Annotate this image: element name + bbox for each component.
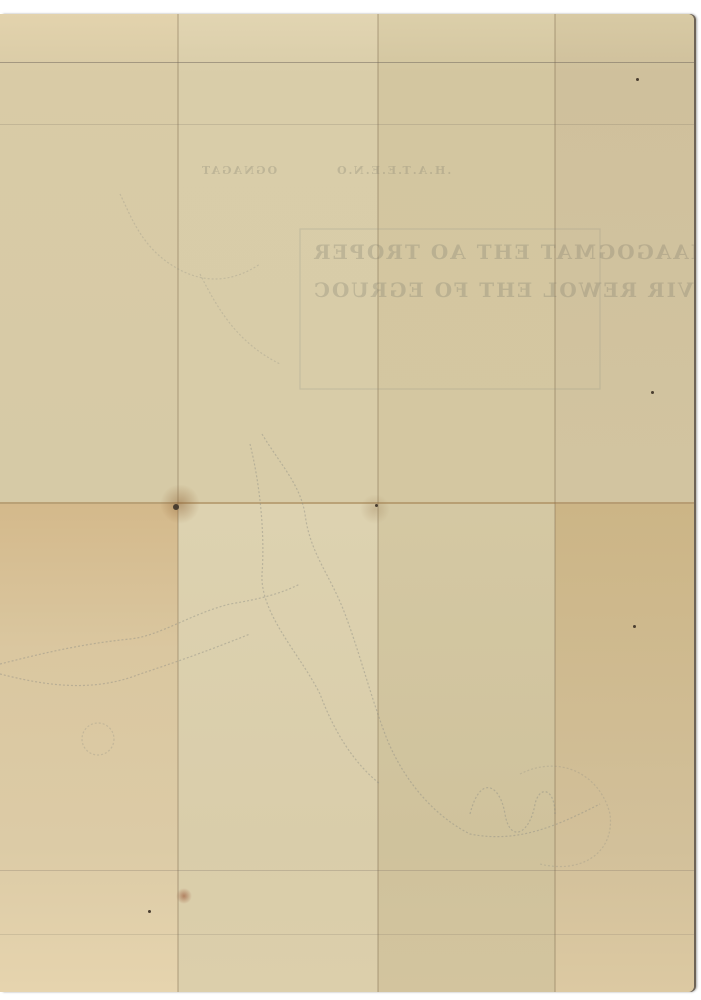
- map-linework: [0, 14, 694, 992]
- map-sheet: OIHAAGOGMAT EHT AO TROPER REVIR REWOL EH…: [0, 14, 694, 992]
- ink-speck: [173, 504, 179, 510]
- ink-speck: [148, 910, 151, 913]
- ink-speck: [636, 78, 639, 81]
- ink-speck: [633, 625, 636, 628]
- ink-speck: [651, 391, 654, 394]
- ink-speck: [375, 504, 378, 507]
